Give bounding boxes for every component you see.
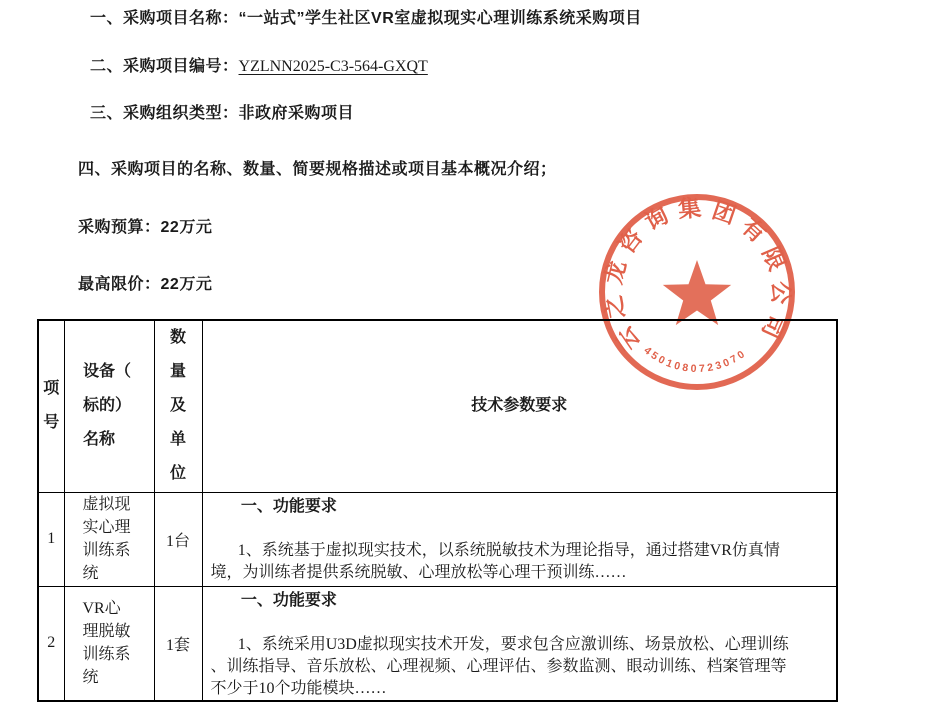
table-header-row: 项号 设备（标的）名称 数量及单位 技术参数要求 — [38, 320, 837, 492]
table-row: 1 虚拟现实心理训练系统 1台 一、功能要求 1、系统基于虚拟现实技术，以系统脱… — [38, 492, 837, 586]
org-type-line: 三、采购组织类型：非政府采购项目 — [90, 104, 354, 124]
project-name-label: 一、采购项目名称： — [90, 10, 239, 27]
device-name-cell: VR心理脱敏训练系统 — [64, 586, 154, 701]
header-quantity-unit: 数量及单位 — [154, 320, 202, 492]
budget-label: 采购预算： — [78, 219, 161, 236]
max-price-label: 最高限价： — [78, 276, 161, 293]
max-price-value: 22万元 — [161, 276, 213, 293]
requirement-body: 1、系统基于虚拟现实技术，以系统脱敏技术为理论指导，通过搭建VR仿真情境，为训练… — [211, 540, 790, 584]
project-number-line: 二、采购项目编号：YZLNN2025-C3-564-GXQT — [90, 57, 428, 77]
project-number-label: 二、采购项目编号： — [90, 58, 239, 75]
table-row: 2 VR心理脱敏训练系统 1套 一、功能要求 1、系统采用U3D虚拟现实技术开发… — [38, 586, 837, 701]
header-device-name: 设备（标的）名称 — [64, 320, 154, 492]
header-tech-params: 技术参数要求 — [202, 320, 837, 492]
budget-value: 22万元 — [161, 219, 213, 236]
project-name-value: “一站式”学生社区VR室虚拟现实心理训练系统采购项目 — [239, 10, 642, 27]
row-number-cell: 1 — [38, 492, 64, 586]
stamp-star-icon — [663, 260, 731, 325]
document-page: 一、采购项目名称：“一站式”学生社区VR室虚拟现实心理训练系统采购项目 二、采购… — [0, 0, 929, 714]
budget-line: 采购预算：22万元 — [78, 218, 212, 238]
overview-heading: 四、采购项目的名称、数量、简要规格描述或项目基本概况介绍； — [78, 160, 557, 180]
header-item-no: 项号 — [38, 320, 64, 492]
max-price-line: 最高限价：22万元 — [78, 275, 212, 295]
tech-requirements-cell: 一、功能要求 1、系统采用U3D虚拟现实技术开发，要求包含应激训练、场景放松、心… — [202, 586, 837, 701]
project-name-line: 一、采购项目名称：“一站式”学生社区VR室虚拟现实心理训练系统采购项目 — [90, 9, 642, 29]
spec-table: 项号 设备（标的）名称 数量及单位 技术参数要求 1 虚拟现实心理训练系统 1台… — [37, 319, 838, 702]
org-type-value: 非政府采购项目 — [239, 105, 355, 122]
row-number-cell: 2 — [38, 586, 64, 701]
device-name-cell: 虚拟现实心理训练系统 — [64, 492, 154, 586]
quantity-cell: 1套 — [154, 586, 202, 701]
project-number-value: YZLNN2025-C3-564-GXQT — [239, 58, 428, 75]
org-type-label: 三、采购组织类型： — [90, 105, 239, 122]
requirement-title: 一、功能要求 — [211, 590, 790, 612]
tech-requirements-cell: 一、功能要求 1、系统基于虚拟现实技术，以系统脱敏技术为理论指导，通过搭建VR仿… — [202, 492, 837, 586]
requirement-body: 1、系统采用U3D虚拟现实技术开发，要求包含应激训练、场景放松、心理训练、训练指… — [211, 634, 790, 700]
requirement-title: 一、功能要求 — [211, 496, 790, 518]
quantity-cell: 1台 — [154, 492, 202, 586]
